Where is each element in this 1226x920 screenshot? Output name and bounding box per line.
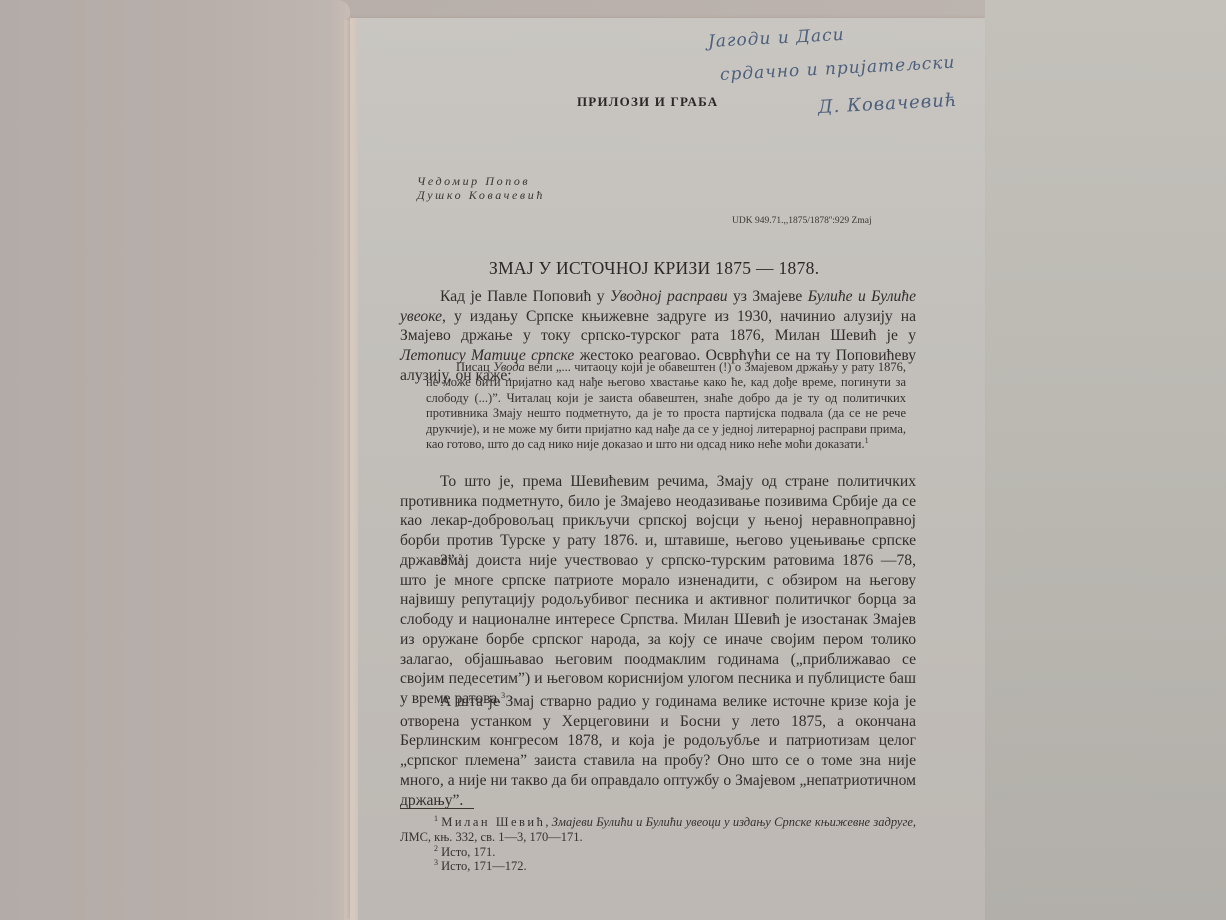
paragraph-4: А шта је Змај стварно радио у годинама в… (400, 692, 916, 810)
desk-background (985, 0, 1226, 920)
author-name: Чедомир Попов (417, 174, 545, 188)
footnotes: 1 Милан Шевић, Змајеви Булићи и Булићи у… (400, 815, 916, 874)
article-title: ЗМАЈ У ИСТОЧНОЈ КРИЗИ 1875 — 1878. (489, 258, 819, 279)
footnote-3: 3 Исто, 171—172. (400, 859, 916, 874)
authors: Чедомир Попов Душко Ковачевић (417, 174, 545, 202)
footnote-divider (400, 808, 474, 809)
footnote-1: 1 Милан Шевић, Змајеви Булићи и Булићи у… (400, 815, 916, 845)
footnote-2: 2 Исто, 171. (400, 845, 916, 860)
page-fold (350, 18, 358, 920)
footnote-ref: 1 (865, 436, 869, 445)
left-blank-page (0, 0, 350, 920)
author-name: Душко Ковачевић (417, 188, 545, 202)
block-quote: Писац Увода вели „... читаоцу који је об… (426, 360, 906, 452)
paragraph-3: Змај доиста није учествовао у српско-тур… (400, 551, 916, 709)
udk-classification: UDK 949.71.,,1875/1878'':929 Zmaj (732, 216, 872, 226)
section-title: ПРИЛОЗИ И ГРАБА (577, 94, 718, 110)
